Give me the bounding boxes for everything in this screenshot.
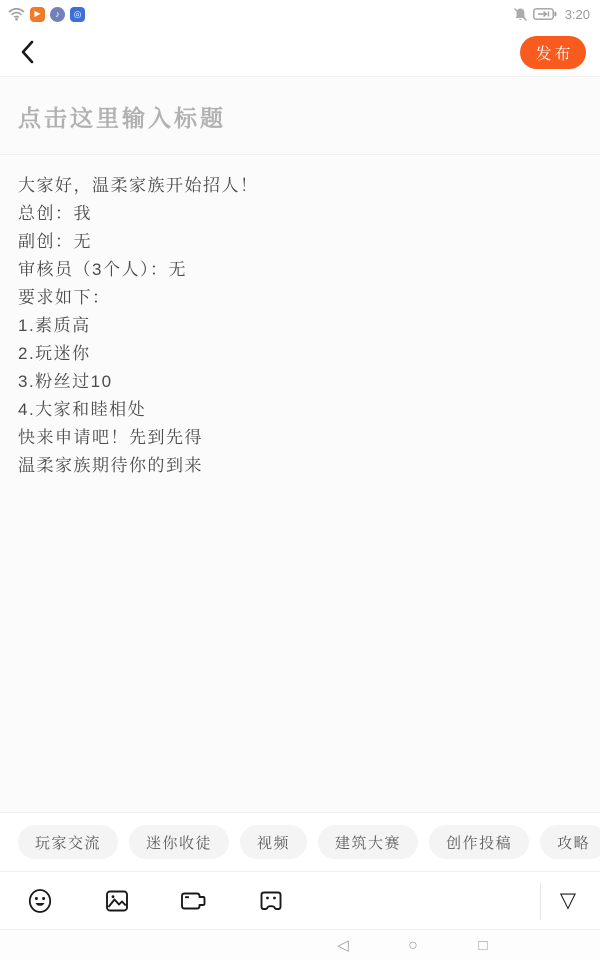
game-icon (257, 888, 285, 914)
title-input[interactable]: 点击这里输入标题 (0, 78, 600, 155)
nav-recents-button[interactable]: □ (470, 930, 496, 960)
tag-chip-row: 玩家交流 迷你收徒 视频 建筑大赛 创作投稿 攻略 作品 (0, 812, 600, 872)
video-button[interactable] (181, 888, 207, 914)
attachment-toolbar: ▽ (0, 873, 600, 928)
nav-home-button[interactable]: ○ (400, 930, 426, 960)
body-line: 1.素质高 (18, 312, 582, 340)
music-app-icon: ♪ (50, 7, 65, 22)
nav-recents-icon: □ (478, 938, 487, 953)
title-placeholder: 点击这里输入标题 (18, 100, 226, 133)
post-editor-screen: ▶ ♪ ◎ 3:20 (0, 0, 600, 960)
nav-home-icon: ○ (408, 938, 418, 954)
tag-chip-player-exchange[interactable]: 玩家交流 (18, 825, 118, 859)
body-line: 2.玩迷你 (18, 340, 582, 368)
image-button[interactable] (104, 888, 130, 914)
tag-chip-guide[interactable]: 攻略 (540, 825, 600, 859)
body-line: 大家好，温柔家族开始招人！ (18, 172, 582, 200)
body-line: 温柔家族期待你的到来 (18, 452, 582, 480)
mini-play-app-icon: ▶ (30, 7, 45, 22)
battery-charging-icon (533, 8, 557, 20)
body-line: 快来申请吧！先到先得 (18, 424, 582, 452)
image-icon (104, 888, 130, 914)
chevron-down-icon: ▽ (560, 890, 576, 911)
status-bar: ▶ ♪ ◎ 3:20 (0, 0, 600, 28)
wifi-icon (8, 7, 25, 21)
body-line: 审核员（3个人）：无 (18, 256, 582, 284)
tag-chip-mini-apprentice[interactable]: 迷你收徒 (129, 825, 229, 859)
status-bar-left: ▶ ♪ ◎ (8, 7, 85, 22)
status-bar-right: 3:20 (513, 7, 590, 22)
publish-button[interactable]: 发布 (520, 36, 586, 69)
voice-app-icon: ◎ (70, 7, 85, 22)
nav-back-button[interactable]: ◁ (330, 930, 356, 960)
back-chevron-icon (20, 40, 35, 64)
body-line: 4.大家和睦相处 (18, 396, 582, 424)
clock-time: 3:20 (565, 7, 590, 22)
header: 发布 (0, 28, 600, 77)
collapse-panel-button[interactable]: ▽ (555, 888, 581, 914)
notifications-muted-icon (513, 7, 528, 22)
body-line: 3.粉丝过10 (18, 368, 582, 396)
body-line: 副创：无 (18, 228, 582, 256)
toolbar-divider (540, 882, 541, 920)
body-editor[interactable]: 大家好，温柔家族开始招人！ 总创：我 副创：无 审核员（3个人）：无 要求如下：… (0, 156, 600, 812)
tag-chip-video[interactable]: 视频 (240, 825, 307, 859)
emoji-icon (27, 888, 53, 914)
game-button[interactable] (258, 888, 284, 914)
back-button[interactable] (20, 40, 44, 64)
nav-back-icon: ◁ (337, 938, 349, 953)
body-line: 要求如下： (18, 284, 582, 312)
tag-chip-creation-submit[interactable]: 创作投稿 (429, 825, 529, 859)
video-icon (180, 888, 208, 914)
body-line: 总创：我 (18, 200, 582, 228)
tag-chip-building-contest[interactable]: 建筑大赛 (318, 825, 418, 859)
emoji-button[interactable] (27, 888, 53, 914)
android-navbar: ◁ ○ □ (0, 929, 600, 960)
